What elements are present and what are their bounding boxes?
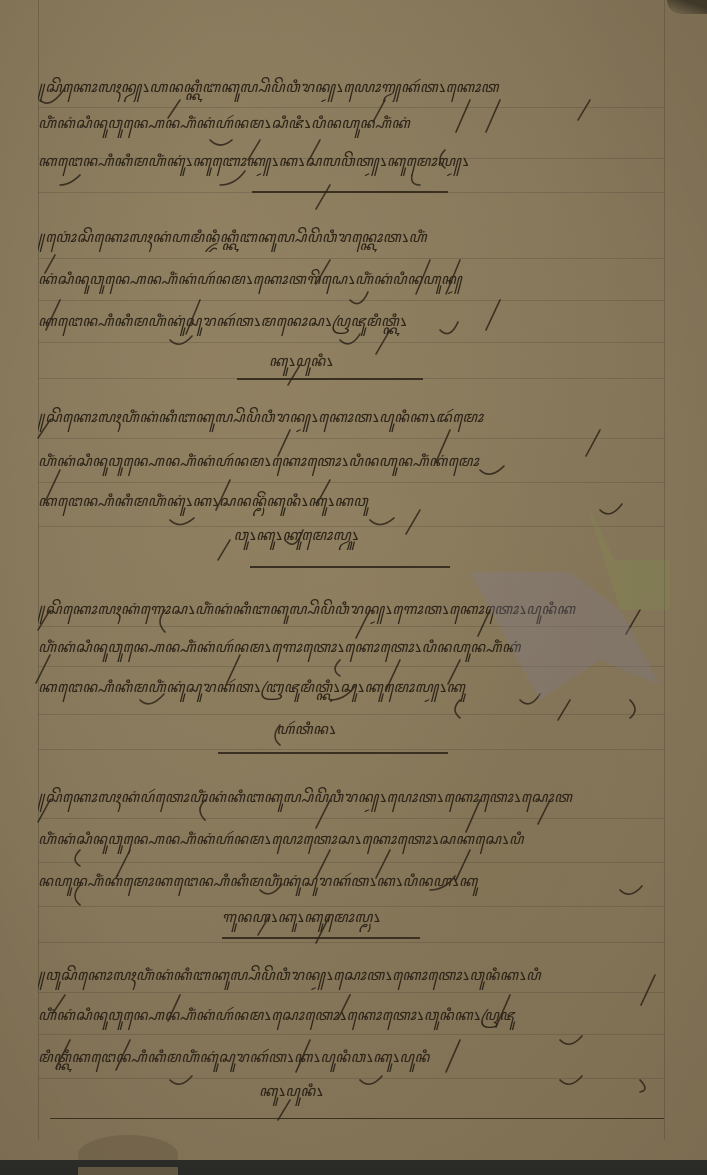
text-line: ꧋ꦱꦼꦏꦺꦴꦭꦃꦤꦾ꧈ꦲꦤꦏ꧀ꦏꦶꦧꦏꦸꦭ꧀ꦥꦼꦥꦼꦮꦶꦫꦤ꧀꧈ꦪꦺꦴꦒꦾꦏꦂꦠ… (38, 72, 664, 102)
text-line: ꦏꦔꦺꦤ꧀ꦲꦶꦏꦶꦩꦲꦶꦁꦏꦸꦁ꧈ꦏꦸꦧꦺꦴꦏ꧀꧈ꦏ꧈ꦱꦭꦮꦼꦠ꧀꧈ꦏꦸꦩꦺꦴꦭ… (38, 146, 664, 176)
text-line: ꦲꦶꦁꦏꦁꦱꦶꦤꦸꦮꦸꦤ꧀ꦲꦺꦤ꧀ꦲꦶꦁꦏꦁꦲꦂꦤꦩ꧈ꦥꦺꦴꦠꦺꦴꦱ꧈ꦏꦺꦴꦠꦺ… (38, 824, 664, 854)
text-line: ꦏꦔꦺꦤ꧀ꦲꦶꦏꦶꦩꦲꦶꦁꦏꦸꦁ꧈ꦏ꧈ꦱꦤꦤ꧀ꦩꦼꦁꦏꦸꦤꦶ꧈ꦏꦸ꧈ꦏꦮꦸ (38, 486, 664, 516)
text-line: ꦒꦸꦤꦲ꧈ꦏꦸ꧈ꦏꦸꦩꦺꦴꦭ꧀ꦩ꧈ (0, 902, 664, 932)
ruling-line (38, 342, 664, 343)
ruling-line (38, 438, 664, 439)
text-line: ꧋ꦮꦺꦴꦁꦱꦼꦏꦺꦴꦭꦃꦏꦁꦲꦩꦶꦤ꧀ꦢꦶꦏ꧀ꦏꦶꦧꦏꦸꦭ꧀ꦥꦼꦥꦼꦮꦶꦫꦤ꧀ꦏ… (38, 222, 664, 252)
text-line: ꦲꦂꦠꦶꦤ꧈ (0, 714, 664, 744)
ruling-line (38, 862, 664, 863)
ruling-line (38, 258, 664, 259)
text-line: ꧋ꦱꦼꦏꦺꦴꦭꦃꦏꦁꦥꦂꦠꦺꦴꦲꦶꦁꦏꦁꦏꦶꦧꦏꦸꦭ꧀ꦥꦼꦥꦼꦮꦶꦫꦤ꧀꧈ꦥꦺꦴ… (38, 782, 664, 812)
text-line: ꦲꦶꦁꦏꦁꦱꦶꦤꦸꦮꦸꦤ꧀ꦲꦺꦤ꧀ꦲꦶꦁꦏꦁꦲꦂꦤꦩ꧈ꦏꦺꦴꦠꦺꦴ꧈ꦥꦶꦤꦲꦸꦤ… (38, 446, 664, 476)
text-line: ꧋ꦱꦼꦏꦺꦴꦭꦃꦲꦶꦁꦏꦁꦏꦶꦧꦏꦸꦭ꧀ꦥꦼꦥꦼꦮꦶꦫꦤ꧀꧈ꦏꦺꦴꦠ꧈ꦥꦸꦤꦶꦏ… (38, 402, 664, 432)
text-line: ꦲꦶꦁꦏꦁꦱꦶꦤꦸꦮꦸꦤ꧀ꦲꦺꦤ꧀ꦲꦶꦁꦏꦁꦲꦂꦤꦩ꧈ꦒꦺꦴꦠꦺꦴ꧈ꦏꦺꦴꦠꦺꦴ… (38, 632, 664, 662)
text-line: ꧋ꦱꦼꦏꦺꦴꦭꦃꦏꦁꦒꦺꦴꦱ꧈ꦲꦶꦁꦏꦁꦏꦶꦧꦏꦸꦭ꧀ꦥꦼꦥꦼꦮꦶꦫꦤ꧀꧈ꦒꦺꦴ… (38, 594, 664, 624)
ruling-line (38, 626, 664, 627)
text-line: ꦏꦁꦱꦶꦤꦸꦮꦸꦤ꧀ꦲꦺꦤ꧀ꦲꦶꦁꦏꦁꦲꦂꦤꦩ꧈ꦏꦺꦴꦠꦒꦼꦝꦺ꧈ꦲꦶꦁꦏꦁꦥꦶ… (38, 264, 664, 294)
ruling-line (38, 482, 664, 483)
text-line: ꦤꦲꦸꦤ꧀ꦲꦶꦁꦏꦁꦩꦺꦴꦏꦔꦺꦤ꧀ꦲꦶꦏꦶꦩꦲꦶꦁꦏꦸꦁꦱꦸꦫꦏꦂꦠ꧈ꦏ꧈ꦥꦶ… (38, 866, 664, 896)
text-line: ꦏꦸ꧈ꦥꦸꦤꦶ꧈ (0, 1076, 664, 1106)
text-line: ꦮꦸ꧈ꦏꦸ꧈ꦏꦸꦩꦺꦴꦭ꧀ꦮꦸ꧈ (0, 520, 664, 550)
ruling-line (38, 1034, 664, 1035)
text-line: ꦏꦔꦺꦤ꧀ꦲꦶꦏꦶꦩꦲꦶꦁꦏꦸꦁꦱꦸꦫꦏꦂꦠ꧈ꦩꦤꦺꦴꦱ꧈ꦥꦿꦗꦸꦩꦶꦠ꧀ꦏꦶ꧈ (38, 306, 664, 336)
text-line: ꧋ꦮꦸꦱꦼꦏꦺꦴꦭꦃꦲꦶꦁꦏꦁꦏꦶꦧꦏꦸꦭ꧀ꦥꦼꦥꦼꦮꦶꦫꦤ꧀꧈ꦱꦺꦴꦠ꧈ꦏꦺꦴ… (38, 960, 664, 990)
ruling-line (38, 942, 664, 943)
text-line: ꦩꦶꦠ꧀ꦏꦶꦏꦔꦺꦤ꧀ꦲꦶꦏꦶꦩꦲꦶꦁꦏꦸꦁꦱꦸꦫꦏꦂꦠ꧈ꦏ꧈ꦥꦸꦤꦶꦮ꧈ꦏꦸ꧈… (38, 1042, 664, 1072)
scan-border (0, 1160, 707, 1167)
section-divider (237, 378, 423, 380)
ruling-line (38, 300, 664, 301)
text-line: ꦏꦸ꧈ꦥꦸꦤꦶ꧈ (0, 346, 664, 376)
text-line: ꦲꦶꦁꦏꦁꦱꦶꦤꦸꦮꦸꦤ꧀ꦲꦺꦤ꧀ꦲꦶꦁꦏꦁꦲꦂꦤꦩ꧈ꦱꦺꦴꦠꦺꦴ꧈ꦏꦺꦴꦠꦺꦴ… (38, 1000, 664, 1030)
section-divider (250, 566, 450, 568)
corner-stain (667, 0, 707, 14)
right-margin-rule (664, 0, 665, 1140)
page-end-rule (50, 1118, 664, 1119)
ruling-line (38, 818, 664, 819)
text-line: ꦲꦶꦁꦏꦁꦱꦶꦤꦸꦮꦸꦤ꧀ꦲꦺꦤ꧀ꦲꦶꦁꦏꦁꦲꦂꦤꦩ꧈ꦱꦶꦗꦶ꧈ꦥꦶꦤꦲꦸꦤ꧀ꦲ… (38, 108, 664, 138)
section-divider (222, 937, 420, 939)
ruling-line (38, 992, 664, 993)
section-divider (252, 191, 448, 193)
section-divider (218, 752, 448, 754)
ruling-line (38, 666, 664, 667)
text-line: ꦏꦔꦺꦤ꧀ꦲꦶꦏꦶꦩꦲꦶꦁꦏꦸꦁꦱꦸꦫꦏꦂꦠ꧈ꦧꦿꦗꦸꦩꦶꦠ꧀ꦏꦶ꧈ꦱꦸ꧈ꦏꦸꦩ… (38, 672, 664, 702)
manuscript-page: ꧋ꦱꦼꦏꦺꦴꦭꦃꦤꦾ꧈ꦲꦤꦏ꧀ꦏꦶꦧꦏꦸꦭ꧀ꦥꦼꦥꦼꦮꦶꦫꦤ꧀꧈ꦪꦺꦴꦒꦾꦏꦂꦠ… (0, 0, 707, 1160)
ruling-line (38, 749, 664, 750)
